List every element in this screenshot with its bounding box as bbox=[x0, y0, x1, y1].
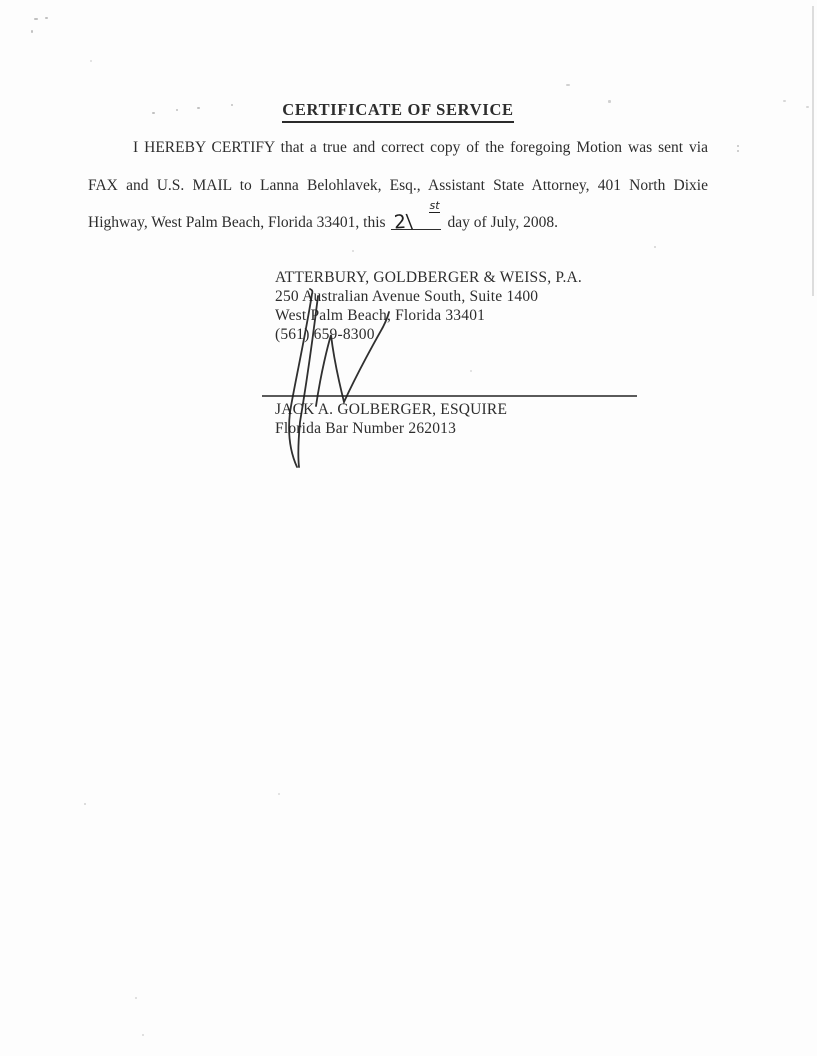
scan-speckle bbox=[737, 150, 739, 152]
attorney-bar-number: Florida Bar Number 262013 bbox=[275, 419, 456, 438]
scan-speckle bbox=[783, 100, 786, 102]
paragraph-line-3-after: day of July, 2008. bbox=[448, 214, 559, 231]
scan-speckle bbox=[31, 30, 33, 33]
scan-speckle bbox=[135, 997, 137, 999]
certificate-title: CERTIFICATE OF SERVICE bbox=[282, 100, 514, 123]
day-blank-line: 2\st bbox=[391, 213, 441, 230]
paragraph-line-3-before: Highway, West Palm Beach, Florida 33401,… bbox=[88, 214, 386, 231]
scan-speckle bbox=[176, 109, 178, 111]
scan-speckle bbox=[806, 106, 809, 108]
handwritten-day: 2\ bbox=[393, 212, 413, 232]
scan-speckle bbox=[90, 60, 92, 62]
handwritten-day-ordinal: st bbox=[429, 200, 439, 213]
paragraph-line-2: FAX and U.S. MAIL to Lanna Belohlavek, E… bbox=[88, 176, 708, 196]
scan-speckle bbox=[84, 803, 86, 805]
firm-address-line-2: West Palm Beach, Florida 33401 bbox=[275, 306, 485, 325]
signature-ink bbox=[0, 0, 817, 1056]
scan-speckle bbox=[566, 84, 570, 86]
paragraph-line-3: Highway, West Palm Beach, Florida 33401,… bbox=[88, 213, 708, 233]
scanned-document-page: CERTIFICATE OF SERVICE I HEREBY CERTIFY … bbox=[0, 0, 817, 1056]
scan-speckle bbox=[608, 100, 611, 103]
paragraph-line-1: I HEREBY CERTIFY that a true and correct… bbox=[88, 138, 708, 158]
certificate-title-wrap: CERTIFICATE OF SERVICE bbox=[88, 100, 708, 123]
scan-speckle bbox=[352, 250, 354, 252]
scan-speckle bbox=[197, 107, 200, 109]
scan-speckle bbox=[231, 104, 233, 106]
scan-speckle bbox=[278, 793, 280, 795]
scan-speckle bbox=[737, 145, 739, 147]
scan-edge-artifact bbox=[812, 6, 814, 296]
scan-speckle bbox=[152, 112, 155, 114]
scan-speckle bbox=[45, 17, 48, 19]
firm-phone: (561) 659-8300 bbox=[275, 325, 375, 344]
firm-address-line-1: 250 Australian Avenue South, Suite 1400 bbox=[275, 287, 538, 306]
signature-line bbox=[262, 395, 637, 397]
firm-name: ATTERBURY, GOLDBERGER & WEISS, P.A. bbox=[275, 268, 582, 287]
scan-speckle bbox=[142, 1034, 144, 1036]
attorney-name: JACK A. GOLBERGER, ESQUIRE bbox=[275, 400, 507, 419]
scan-speckle bbox=[34, 18, 38, 20]
scan-speckle bbox=[470, 370, 472, 372]
scan-speckle bbox=[654, 246, 656, 248]
